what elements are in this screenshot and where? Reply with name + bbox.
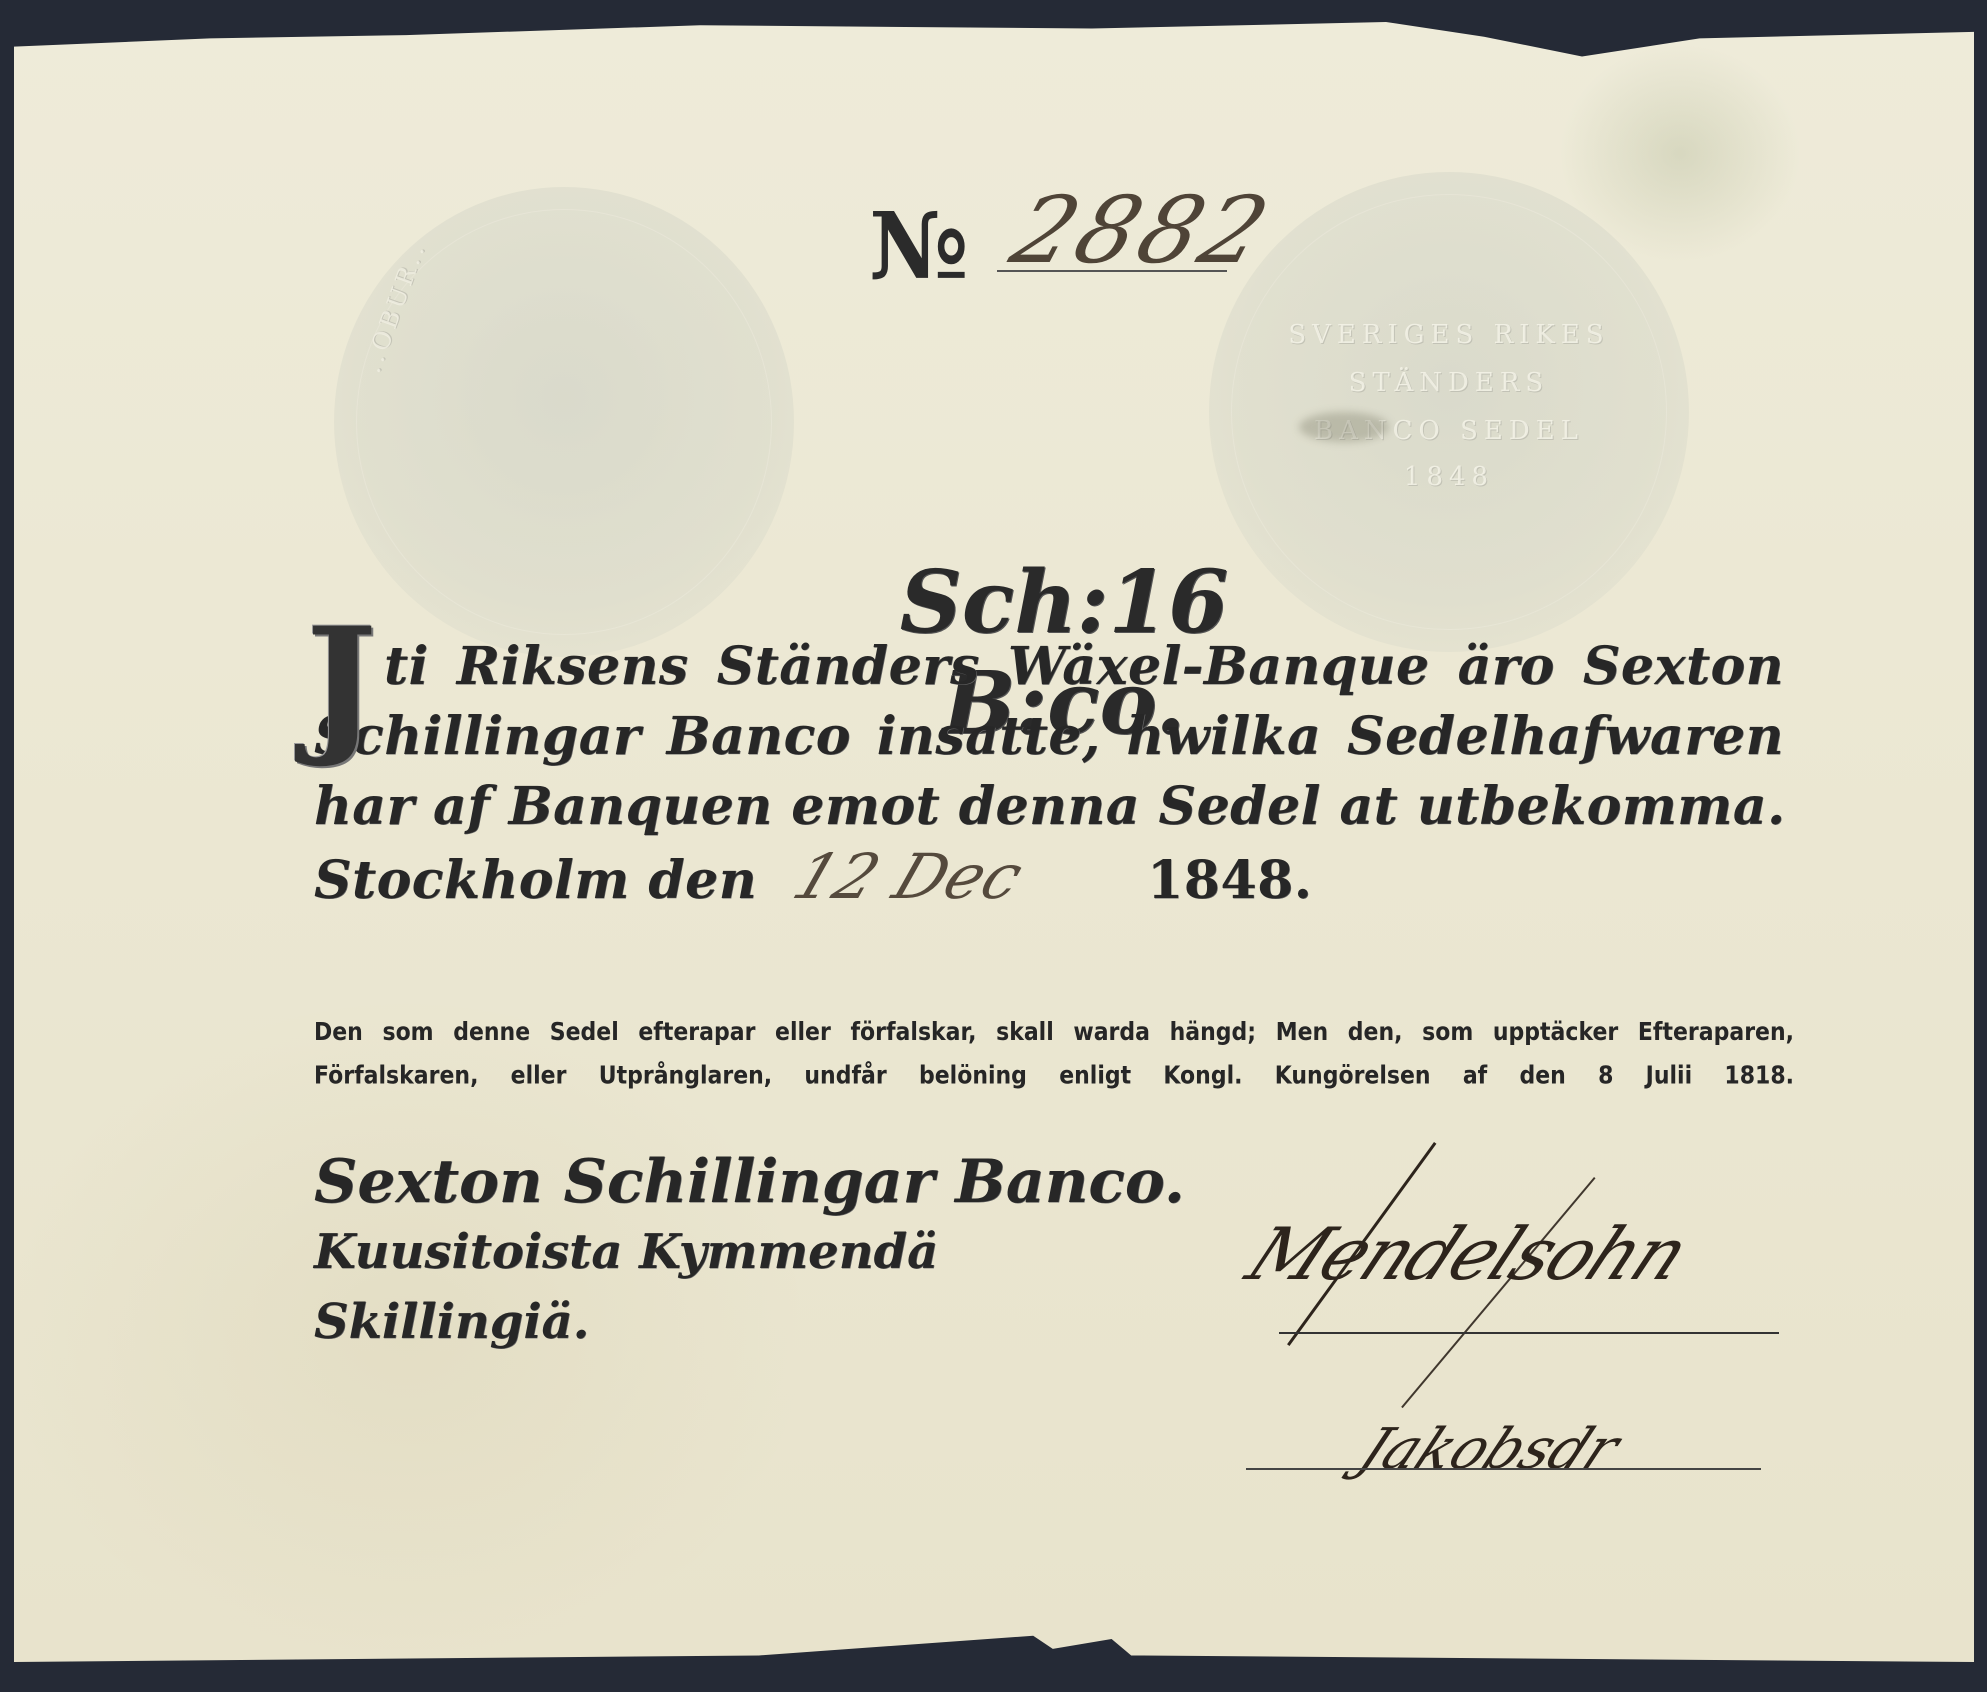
watermark-text-line: 1848	[1209, 462, 1689, 492]
numero-sign: №	[869, 200, 969, 292]
watermark-text-line: STÄNDERS	[1209, 368, 1689, 398]
banknote: ..OBUR.. SVERIGES RIKES STÄNDERS BANCO S…	[14, 22, 1974, 1662]
footer-finnish: Kuusitoista Kymmendä Skillingiä.	[314, 1217, 1214, 1357]
serial-handwritten-field: 2882	[997, 182, 1227, 292]
date-prefix: Stockholm den	[314, 846, 757, 916]
paper-stain	[1299, 412, 1389, 442]
watermark-text-line: BANCO SEDEL	[1209, 416, 1689, 446]
warning-line: Den som denne Sedel efterapar eller förf…	[314, 1011, 1794, 1055]
date-line: Stockholm den 12 Dec 1848.	[314, 842, 1784, 916]
main-text-block: J ti Riksens Ständers Wäxel-Banque äro S…	[314, 632, 1784, 916]
counterfeit-warning: Den som denne Sedel efterapar eller förf…	[314, 1011, 1794, 1098]
ornamental-drop-cap: J	[306, 608, 377, 758]
serial-handwritten-number: 2882	[1000, 177, 1285, 284]
date-handwritten: 12 Dec	[784, 842, 1139, 912]
signature-lower: Jakobsdr	[1349, 1417, 1630, 1482]
body-line: har af Banquen emot denna Sedel at utbek…	[314, 772, 1784, 842]
footer-swedish: Sexton Schillingar Banco.	[314, 1147, 1214, 1217]
body-line: Schillingar Banco insatte, hwilka Sedelh…	[314, 702, 1784, 772]
left-watermark-medallion: ..OBUR..	[334, 187, 794, 657]
signature-upper: Mendelsohn	[1234, 1212, 1701, 1296]
date-year: 1848.	[1147, 846, 1312, 916]
signature-line-upper	[1279, 1332, 1779, 1334]
body-line: ti Riksens Ständers Wäxel-Banque äro Sex…	[314, 632, 1784, 702]
signature-line-lower	[1246, 1468, 1761, 1470]
footer-denomination: Sexton Schillingar Banco. Kuusitoista Ky…	[314, 1147, 1214, 1357]
warning-line: Förfalskaren, eller Utprånglaren, undfår…	[314, 1055, 1794, 1099]
serial-number: № 2882	[869, 182, 1227, 292]
watermark-text-line: SVERIGES RIKES	[1209, 320, 1689, 350]
